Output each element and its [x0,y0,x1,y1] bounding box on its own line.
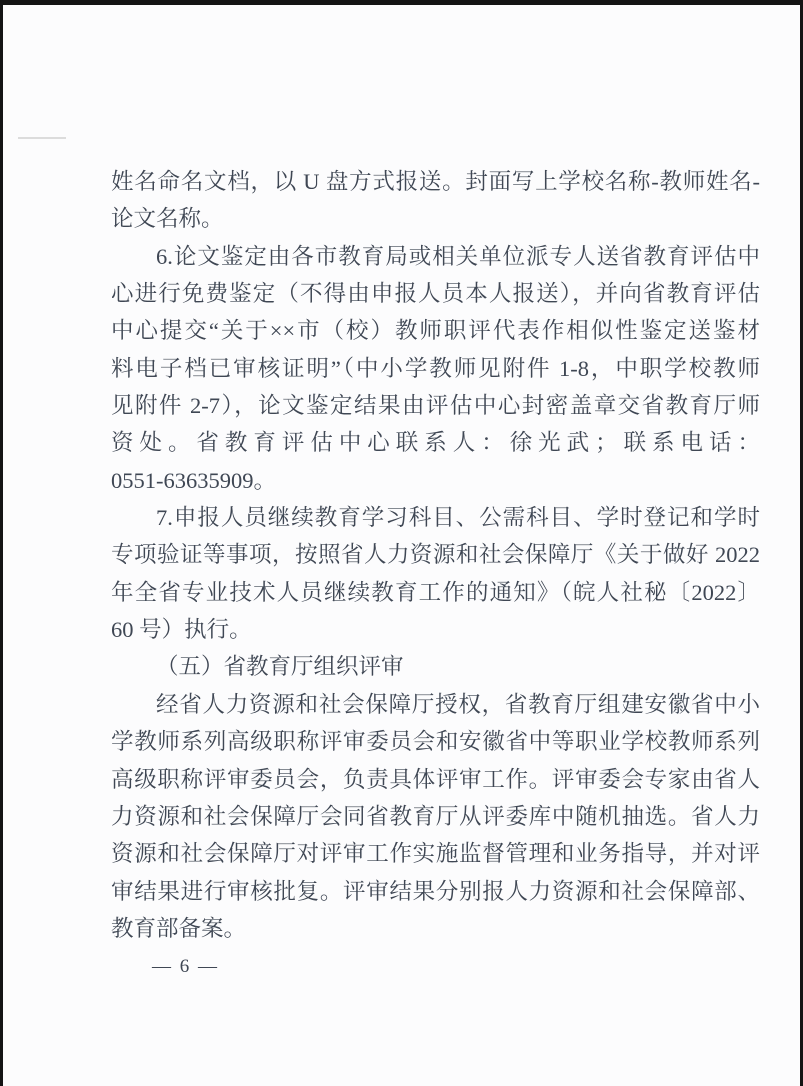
text-line: 年全省专业技术人员继续教育工作的通知》（皖人社秘〔2022〕 [111,574,760,611]
text-line: 教育部备案。 [111,910,760,947]
text-line: 资源和社会保障厅对评审工作实施监督管理和业务指导，并对评 [111,835,760,872]
text-line: 0551-63635909。 [111,462,760,499]
scan-edge-left [0,0,3,1086]
scanned-document-page: 姓名命名文档，以 U 盘方式报送。封面写上学校名称-教师姓名-论文名称。6.论文… [0,0,803,1086]
document-body: 姓名命名文档，以 U 盘方式报送。封面写上学校名称-教师姓名-论文名称。6.论文… [111,163,760,947]
text-line: 6.论文鉴定由各市教育局或相关单位派专人送省教育评估中 [111,238,760,275]
text-line: 料电子档已审核证明”（中小学教师见附件 1-8，中职学校教师 [111,350,760,387]
text-line: 7.申报人员继续教育学习科目、公需科目、学时登记和学时 [111,499,760,536]
text-line: 学教师系列高级职称评审委员会和安徽省中等职业学校教师系列 [111,723,760,760]
text-line: 姓名命名文档，以 U 盘方式报送。封面写上学校名称-教师姓名- [111,163,760,200]
page-number: — 6 — [152,955,219,979]
text-line: 心进行免费鉴定（不得由申报人员本人报送），并向省教育评估 [111,275,760,312]
text-line: 专项验证等事项，按照省人力资源和社会保障厅《关于做好 2022 [111,536,760,573]
text-line: 60 号）执行。 [111,611,760,648]
text-line: 见附件 2-7），论文鉴定结果由评估中心封密盖章交省教育厅师 [111,387,760,424]
text-line: 高级职称评审委员会，负责具体评审工作。评审委会专家由省人 [111,761,760,798]
scan-artifact-line [18,137,66,139]
text-line: 资处。省教育评估中心联系人：徐光武；联系电话： [111,424,760,461]
scan-edge-top [0,0,803,5]
text-line: 审结果进行审核批复。评审结果分别报人力资源和社会保障部、 [111,873,760,910]
text-line: 经省人力资源和社会保障厅授权，省教育厅组建安徽省中小 [111,686,760,723]
text-line: （五）省教育厅组织评审 [111,648,760,685]
text-line: 力资源和社会保障厅会同省教育厅从评委库中随机抽选。省人力 [111,798,760,835]
text-line: 中心提交“关于××市（校）教师职评代表作相似性鉴定送鉴材 [111,312,760,349]
text-line: 论文名称。 [111,200,760,237]
